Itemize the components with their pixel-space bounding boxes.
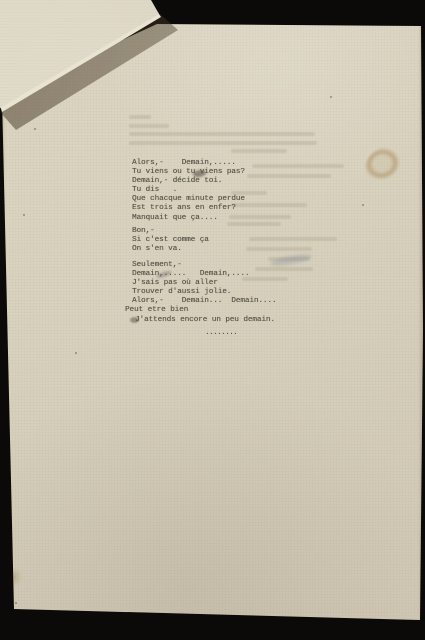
bleedthrough-line: [129, 115, 151, 119]
stanza: Alors,- Demain,..... Tu viens ou tu vien…: [132, 159, 276, 223]
stanza: Bon,- Si c'est comme ça On s'en va.: [132, 227, 276, 254]
typed-line: Demain,..... Demain,....: [132, 270, 276, 279]
bleedthrough-line: [231, 149, 287, 153]
typed-line: On s'en va.: [132, 245, 276, 254]
typed-line: Alors,- Demain,.....: [132, 159, 276, 168]
stanza: Seulement,- Demain,..... Demain,.... J's…: [132, 261, 276, 325]
paper-speck: [75, 352, 77, 354]
paper-speck: [34, 128, 36, 130]
typed-line: Tu viens ou tu viens pas?: [132, 168, 276, 177]
typed-line: J'attends encore un peu demain.: [135, 316, 276, 325]
typed-line: Trouver d'aussi jolie.: [132, 288, 276, 297]
typed-line: Manquait que ça....: [132, 214, 276, 223]
paper-speck: [15, 602, 17, 604]
typed-line: Bon,-: [132, 227, 276, 236]
paper-speck: [330, 96, 332, 98]
paper-speck: [362, 204, 364, 206]
bleedthrough-line: [129, 141, 317, 145]
photo-background: Alors,- Demain,..... Tu viens ou tu vien…: [0, 0, 425, 640]
typed-line: Tu dis .: [132, 186, 276, 195]
foxing-spot: [5, 568, 22, 586]
typed-line: J'sais pas où aller: [132, 279, 276, 288]
typed-text-block: Alors,- Demain,..... Tu viens ou tu vien…: [132, 159, 276, 338]
typed-line: Seulement,-: [132, 261, 276, 270]
paper-speck: [11, 580, 13, 582]
typed-line: Est trois ans en enfer?: [132, 204, 276, 213]
end-mark: ........: [205, 329, 276, 338]
typed-line: Si c'est comme ça: [132, 236, 276, 245]
typed-line: Peut etre bien: [125, 306, 276, 315]
bleedthrough-line: [129, 124, 169, 128]
stain-mark: [360, 140, 415, 188]
typed-line: Demain,- décide toi.: [132, 177, 276, 186]
bleedthrough-line: [129, 132, 315, 136]
paper-speck: [23, 214, 25, 216]
